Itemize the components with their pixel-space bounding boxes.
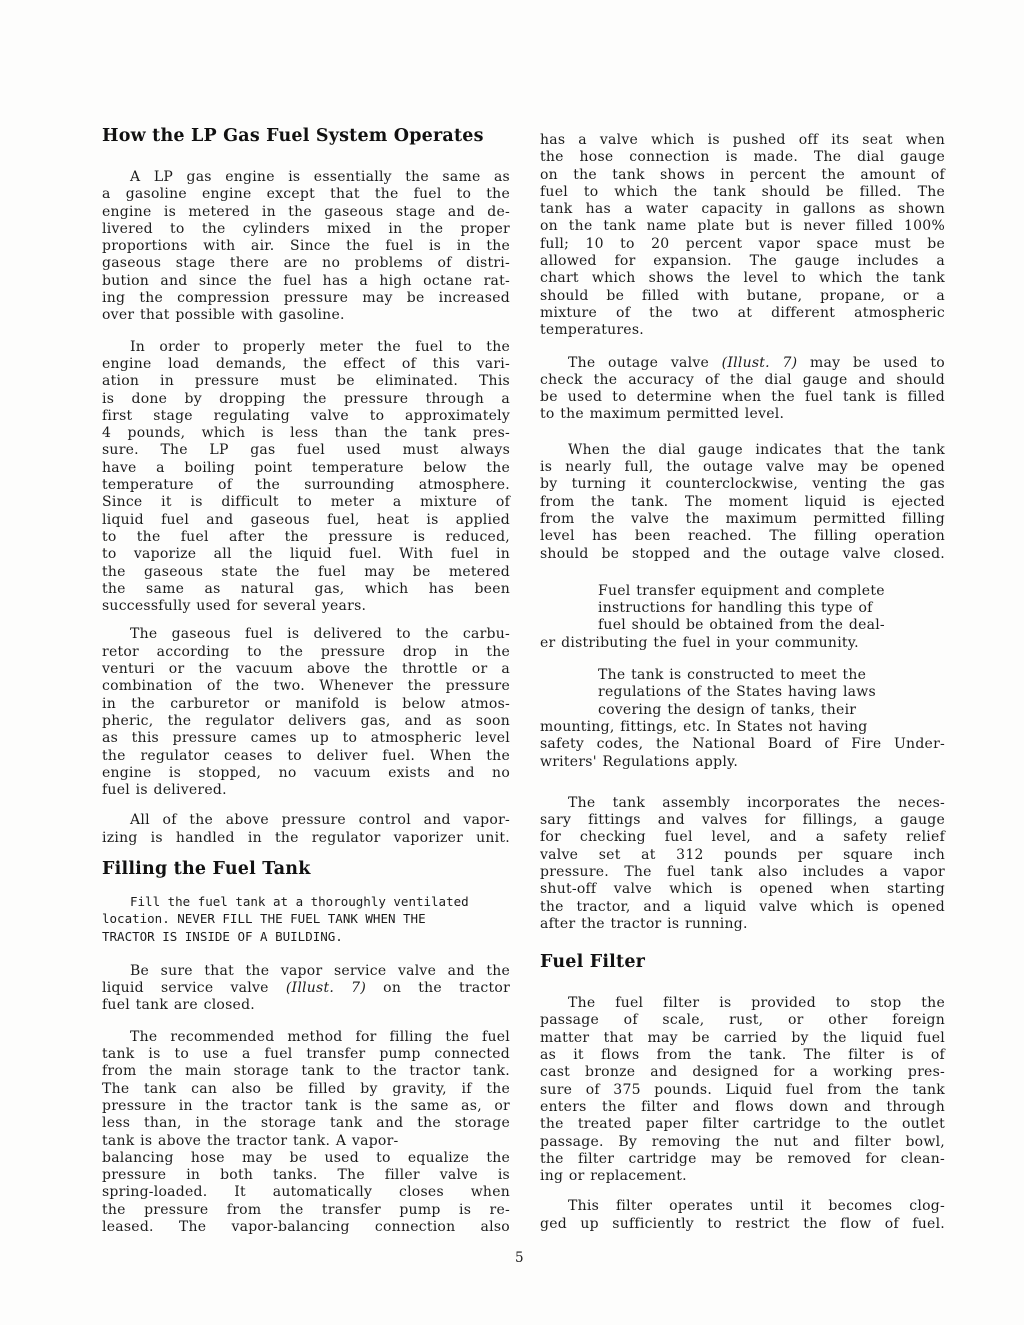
text-line: ing or replacement. <box>540 1168 945 1185</box>
paragraph: In order to properly meter the fuel to t… <box>102 339 510 616</box>
text-line: The outage valve (Illust. 7) may be used… <box>540 355 945 372</box>
text-line: as it flows from the tank. The filter is… <box>540 1047 945 1064</box>
text-line: tank is above the tractor tank. A vapor- <box>102 1133 510 1150</box>
paragraph: When the dial gauge indicates that the t… <box>540 442 945 563</box>
text-line: engine load demands, the effect of this … <box>102 356 510 373</box>
text-line: allowed for expansion. The gauge include… <box>540 253 945 270</box>
text-line: izing is handled in the regulator vapori… <box>102 830 510 847</box>
text-line: writers' Regulations apply. <box>540 754 945 771</box>
paragraph: The tank is constructed to meet theregul… <box>540 667 945 771</box>
text-line: full; 10 to 20 percent vapor space must … <box>540 236 945 253</box>
paragraph: The gaseous fuel is delivered to the car… <box>102 626 510 799</box>
text-line: a gasoline engine except that the fuel t… <box>102 186 510 203</box>
text-line: retor according to the pressure drop in … <box>102 644 510 661</box>
text-line: the same as natural gas, which has been <box>102 581 510 598</box>
text-line: less than, in the storage tank and the s… <box>102 1115 510 1132</box>
text-line: on the tank name plate but is never fill… <box>540 218 945 235</box>
text-line: to the maximum permitted level. <box>540 406 945 423</box>
text-line: The gaseous fuel is delivered to the car… <box>102 626 510 643</box>
text-line: tank is to use a fuel transfer pump conn… <box>102 1046 510 1063</box>
document-page: How the LP Gas Fuel System OperatesA LP … <box>0 0 1024 1325</box>
text-line: spring-loaded. It automatically closes w… <box>102 1184 510 1201</box>
paragraph: Fill the fuel tank at a thoroughly venti… <box>102 893 510 945</box>
text-line: in the carburetor or manifold is below a… <box>102 696 510 713</box>
text-line: matter that may be carried by the liquid… <box>540 1030 945 1047</box>
text-line: on the tank shows in percent the amount … <box>540 167 945 184</box>
text-line: mixture of the two at different atmosphe… <box>540 305 945 322</box>
text-line: from the valve the maximum permitted fil… <box>540 511 945 528</box>
text-line: temperatures. <box>540 322 945 339</box>
text-line: A LP gas engine is essentially the same … <box>102 169 510 186</box>
text-line: The tank is constructed to meet the <box>540 667 945 684</box>
text-line: temperature of the surrounding atmospher… <box>102 477 510 494</box>
text-line: 4 pounds, which is less than the tank pr… <box>102 425 510 442</box>
text-line: This filter operates until it becomes cl… <box>540 1198 945 1215</box>
text-line: Fill the fuel tank at a thoroughly venti… <box>102 893 510 910</box>
text-line: ged up sufficiently to restrict the flow… <box>540 1216 945 1233</box>
left-column: How the LP Gas Fuel System OperatesA LP … <box>102 126 510 1236</box>
paragraph: All of the above pressure control and va… <box>102 812 510 847</box>
text-line: first stage regulating valve to approxim… <box>102 408 510 425</box>
text-line: from the tank. The moment liquid is ejec… <box>540 494 945 511</box>
paragraph: This filter operates until it becomes cl… <box>540 1198 945 1233</box>
text-line: should be stopped and the outage valve c… <box>540 546 945 563</box>
text-line: proportions with air. Since the fuel is … <box>102 238 510 255</box>
text-line: valve set at 312 pounds per square inch <box>540 847 945 864</box>
section-heading: How the LP Gas Fuel System Operates <box>102 126 510 147</box>
italic-text: (Illust. 7) <box>722 355 798 371</box>
text-line: fuel to which the tank should be filled.… <box>540 184 945 201</box>
text-line: pressure. The fuel tank also includes a … <box>540 864 945 881</box>
text-line: successfully used for several years. <box>102 598 510 615</box>
text-line: The tank assembly incorporates the neces… <box>540 795 945 812</box>
text-line: the tractor, and a liquid valve which is… <box>540 899 945 916</box>
text-line: gaseous stage there are no problems of d… <box>102 255 510 272</box>
text-line: over that possible with gasoline. <box>102 307 510 324</box>
text-segment: liquid service valve <box>102 980 286 996</box>
text-segment: may be used to <box>797 355 945 371</box>
text-line: the treated paper filter cartridge to th… <box>540 1116 945 1133</box>
text-line: after the tractor is running. <box>540 916 945 933</box>
right-column: has a valve which is pushed off its seat… <box>540 126 945 1233</box>
text-line: Be sure that the vapor service valve and… <box>102 963 510 980</box>
text-line: sary fittings and valves for fillings, a… <box>540 812 945 829</box>
text-line: location. NEVER FILL THE FUEL TANK WHEN … <box>102 910 510 927</box>
text-segment: on the tractor <box>366 980 510 996</box>
text-line: passage. By removing the nut and filter … <box>540 1134 945 1151</box>
text-line: ation in pressure must be eliminated. Th… <box>102 373 510 390</box>
text-line: to the fuel after the pressure is reduce… <box>102 529 510 546</box>
text-line: the regulator ceases to deliver fuel. Wh… <box>102 748 510 765</box>
paragraph: A LP gas engine is essentially the same … <box>102 169 510 325</box>
text-line: fuel tank are closed. <box>102 997 510 1014</box>
text-line: combination of the two. Whenever the pre… <box>102 678 510 695</box>
text-line: is nearly full, the outage valve may be … <box>540 459 945 476</box>
text-line: should be filled with butane, propane, o… <box>540 288 945 305</box>
text-line: venturi or the vacuum above the throttle… <box>102 661 510 678</box>
paragraph: The outage valve (Illust. 7) may be used… <box>540 355 945 424</box>
text-line: fuel is delivered. <box>102 782 510 799</box>
text-line: is done by dropping the pressure through… <box>102 391 510 408</box>
paragraph: The fuel filter is provided to stop thep… <box>540 995 945 1185</box>
text-line: shut-off valve which is opened when star… <box>540 881 945 898</box>
text-segment: The outage valve <box>568 355 722 371</box>
text-line: to vaporize all the liquid fuel. With fu… <box>102 546 510 563</box>
text-line: the hose connection is made. The dial ga… <box>540 149 945 166</box>
text-line: check the accuracy of the dial gauge and… <box>540 372 945 389</box>
text-line: leased. The vapor-balancing connection a… <box>102 1219 510 1236</box>
text-line: level has been reached. The filling oper… <box>540 528 945 545</box>
text-line: sure. The LP gas fuel used must always <box>102 442 510 459</box>
text-line: safety codes, the National Board of Fire… <box>540 736 945 753</box>
text-line: tank has a water capacity in gallons as … <box>540 201 945 218</box>
text-line: er distributing the fuel in your communi… <box>540 635 945 652</box>
text-line: engine is metered in the gaseous stage a… <box>102 204 510 221</box>
text-line: pressure in both tanks. The filler valve… <box>102 1167 510 1184</box>
text-line: liquid fuel and gaseous fuel, heat is ap… <box>102 512 510 529</box>
paragraph: Fuel transfer equipment and completeinst… <box>540 583 945 652</box>
text-line: mounting, fittings, etc. In States not h… <box>540 719 945 736</box>
text-line: livered to the cylinders mixed in the pr… <box>102 221 510 238</box>
text-line: regulations of the States having laws <box>540 684 945 701</box>
text-line: The fuel filter is provided to stop the <box>540 995 945 1012</box>
text-line: the pressure from the transfer pump is r… <box>102 1202 510 1219</box>
text-line: as this pressure cames up to atmospheric… <box>102 730 510 747</box>
paragraph: has a valve which is pushed off its seat… <box>540 132 945 340</box>
text-line: instructions for handling this type of <box>540 600 945 617</box>
text-line: TRACTOR IS INSIDE OF A BUILDING. <box>102 928 510 945</box>
text-line: All of the above pressure control and va… <box>102 812 510 829</box>
text-line: balancing hose may be used to equalize t… <box>102 1150 510 1167</box>
text-line: covering the design of tanks, their <box>540 702 945 719</box>
text-line: The tank can also be filled by gravity, … <box>102 1081 510 1098</box>
text-line: cast bronze and designed for a working p… <box>540 1064 945 1081</box>
section-heading: Filling the Fuel Tank <box>102 859 510 880</box>
text-line: fuel should be obtained from the deal- <box>540 617 945 634</box>
text-line: engine is stopped, no vacuum exists and … <box>102 765 510 782</box>
italic-text: (Illust. 7) <box>286 980 366 996</box>
text-line: When the dial gauge indicates that the t… <box>540 442 945 459</box>
text-line: for checking fuel level, and a safety re… <box>540 829 945 846</box>
text-line: pheric, the regulator delivers gas, and … <box>102 713 510 730</box>
paragraph: The tank assembly incorporates the neces… <box>540 795 945 933</box>
text-line: enters the filter and flows down and thr… <box>540 1099 945 1116</box>
text-line: liquid service valve (Illust. 7) on the … <box>102 980 510 997</box>
text-line: In order to properly meter the fuel to t… <box>102 339 510 356</box>
text-line: be used to determine when the fuel tank … <box>540 389 945 406</box>
text-line: The recommended method for filling the f… <box>102 1029 510 1046</box>
text-line: Since it is difficult to meter a mixture… <box>102 494 510 511</box>
text-line: have a boiling point temperature below t… <box>102 460 510 477</box>
paragraph: Be sure that the vapor service valve and… <box>102 963 510 1015</box>
text-line: by turning it counterclockwise, venting … <box>540 476 945 493</box>
text-line: bution and since the fuel has a high oct… <box>102 273 510 290</box>
paragraph: The recommended method for filling the f… <box>102 1029 510 1237</box>
text-line: the filter cartridge may be removed for … <box>540 1151 945 1168</box>
text-line: pressure in the tractor tank is the same… <box>102 1098 510 1115</box>
text-line: has a valve which is pushed off its seat… <box>540 132 945 149</box>
text-line: chart which shows the level to which the… <box>540 270 945 287</box>
page-number: 5 <box>515 1250 524 1266</box>
text-line: ing the compression pressure may be incr… <box>102 290 510 307</box>
text-line: Fuel transfer equipment and complete <box>540 583 945 600</box>
text-line: passage of scale, rust, or other foreign <box>540 1012 945 1029</box>
text-line: from the main storage tank to the tracto… <box>102 1063 510 1080</box>
text-line: the gaseous state the fuel may be metere… <box>102 564 510 581</box>
text-line: sure of 375 pounds. Liquid fuel from the… <box>540 1082 945 1099</box>
section-heading: Fuel Filter <box>540 952 945 973</box>
